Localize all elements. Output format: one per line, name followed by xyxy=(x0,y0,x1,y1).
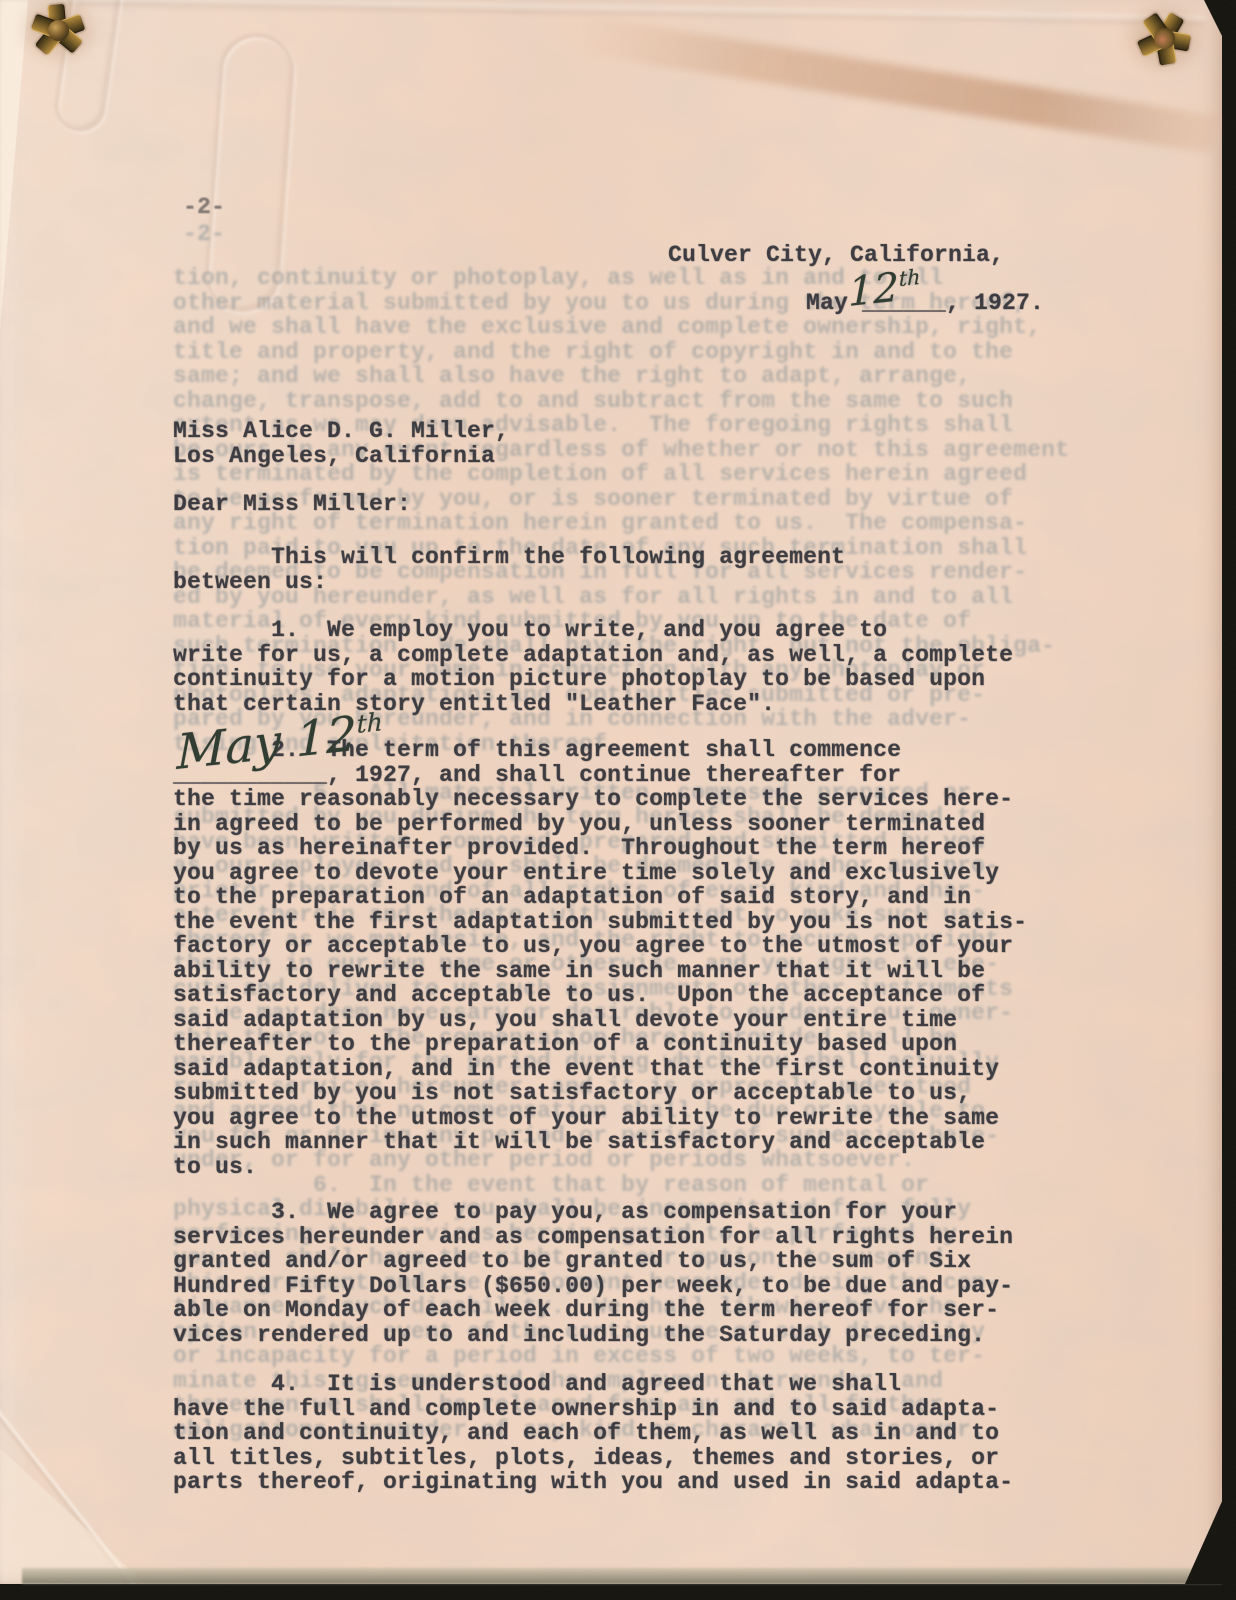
dateline-date: May ______, 1927. xyxy=(806,291,1044,316)
paragraph-1: 1. We employ you to write, and you agree… xyxy=(173,618,1013,716)
brass-fastener-left-icon xyxy=(20,0,96,66)
fastener-head xyxy=(48,20,69,41)
paragraph-3: 3. We agree to pay you, as compensation … xyxy=(173,1200,1013,1347)
dateline-city: Culver City, California, xyxy=(668,243,1004,268)
handwritten-date-suffix: th xyxy=(357,707,383,739)
folded-corner-bottom-left xyxy=(0,1448,145,1584)
salutation: Dear Miss Miller: xyxy=(173,492,411,517)
underlying-pages-edge xyxy=(22,1568,1222,1584)
paragraph-4: 4. It is understood and agreed that we s… xyxy=(173,1372,1013,1495)
handwritten-day: 12th xyxy=(848,262,920,316)
recipient-address: Miss Alice D. G. Miller, Los Angeles, Ca… xyxy=(173,419,509,468)
brass-fastener-right-icon xyxy=(1126,2,1202,74)
page-number-ghost: -2- xyxy=(183,222,225,247)
stain-streak xyxy=(569,14,1217,153)
scan-background: tion, continuity or photoplay, as well a… xyxy=(0,0,1236,1600)
page-number: -2- xyxy=(183,195,225,220)
fold-crease-top xyxy=(55,0,1205,25)
handwritten-day-suffix: th xyxy=(899,265,921,291)
fastener-head xyxy=(1154,28,1175,49)
paragraph-2: 2. The term of this agreement shall comm… xyxy=(173,738,1027,1179)
letter-page: tion, continuity or photoplay, as well a… xyxy=(0,0,1222,1584)
intro-line: This will confirm the following agreemen… xyxy=(173,545,845,594)
handwritten-day-number: 12 xyxy=(848,264,899,316)
